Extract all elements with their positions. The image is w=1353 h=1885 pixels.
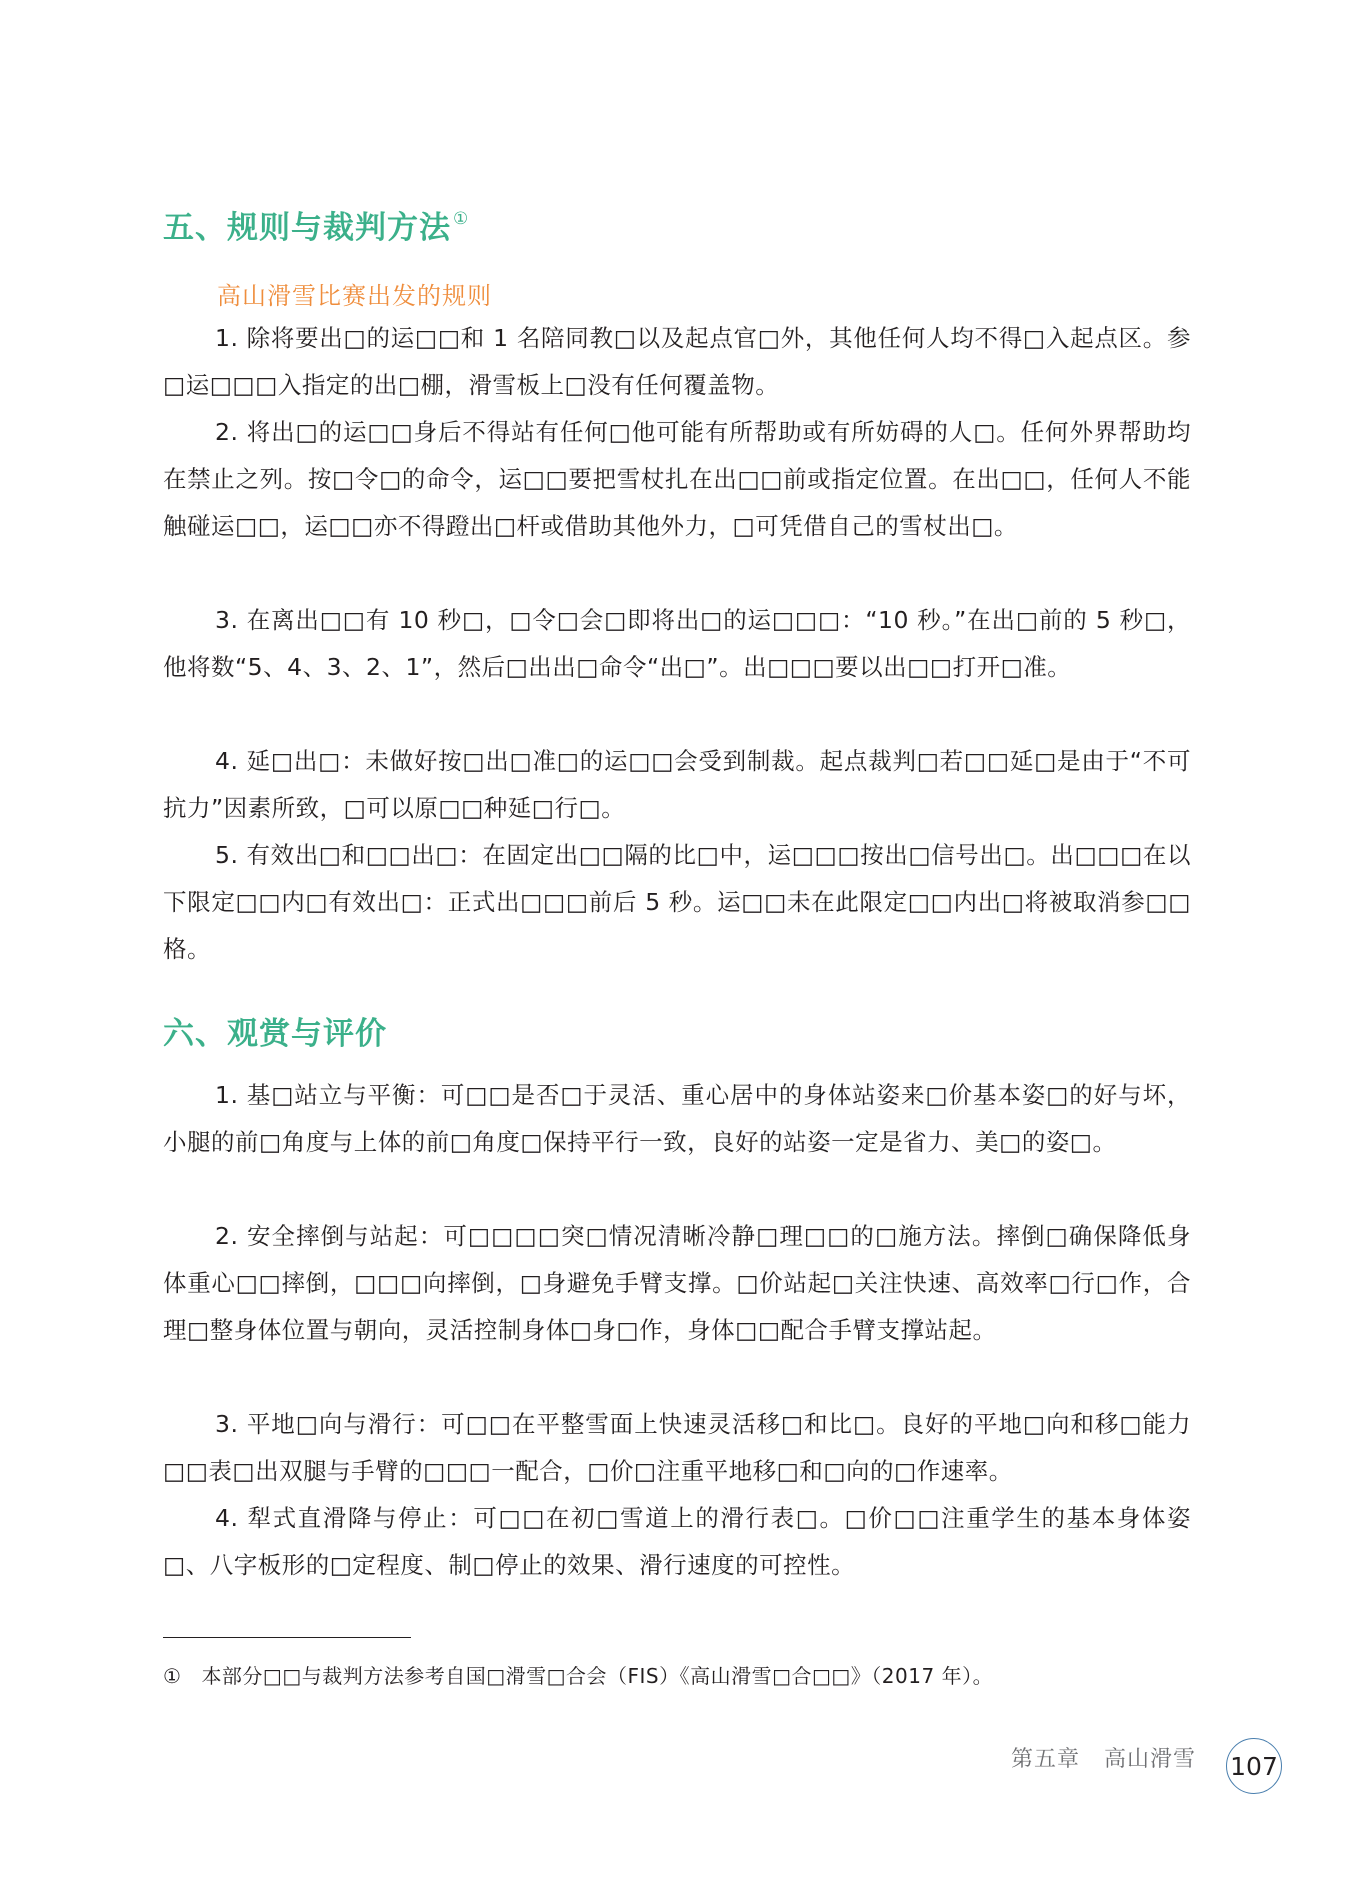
paragraph: 5. 有效出□和□□出□：在固定出□□隔的比□中，运□□□按出□信号出□。出□□… <box>163 832 1191 973</box>
section-6-title: 六、观赏与评价 <box>163 1016 387 1052</box>
footnote: ①本部分□□与裁判方法参考自国□滑雪□合会（FIS）《高山滑雪□合□□》（201… <box>163 1660 993 1689</box>
paragraph: 1. 基□站立与平衡：可□□是否□于灵活、重心居中的身体站姿来□价基本姿□的好与… <box>163 1072 1191 1166</box>
paragraph: 2. 将出□的运□□身后不得站有任何□他可能有所帮助或有所妨碍的人□。任何外界帮… <box>163 409 1191 550</box>
running-footer: 第五章高山滑雪 <box>1011 1742 1196 1773</box>
paragraph: 1. 除将要出□的运□□和 1 名陪同教□以及起点官□外，其他任何人均不得□入起… <box>163 315 1191 409</box>
paragraph: 4. 犁式直滑降与停止：可□□在初□雪道上的滑行表□。□价□□注重学生的基本身体… <box>163 1495 1191 1589</box>
chapter-title: 高山滑雪 <box>1104 1747 1196 1772</box>
page-number: 107 <box>1230 1752 1278 1781</box>
footnote-divider <box>163 1637 411 1638</box>
section-5-heading: 五、规则与裁判方法① <box>163 202 469 247</box>
section-6-heading: 六、观赏与评价 <box>163 1008 387 1053</box>
paragraph: 3. 在离出□□有 10 秒□，□令□会□即将出□的运□□□：“10 秒。”在出… <box>163 597 1191 691</box>
paragraph: 4. 延□出□：未做好按□出□准□的运□□会受到制裁。起点裁判□若□□延□是由于… <box>163 738 1191 832</box>
page-number-badge: 107 <box>1226 1738 1282 1794</box>
section-5-title: 五、规则与裁判方法 <box>163 210 451 246</box>
subheading-start-rules: 高山滑雪比赛出发的规则 <box>217 276 492 311</box>
footnote-mark: ① <box>163 1664 181 1688</box>
chapter-label: 第五章 <box>1011 1747 1080 1772</box>
footnote-reference[interactable]: ① <box>453 209 469 229</box>
footnote-text: 本部分□□与裁判方法参考自国□滑雪□合会（FIS）《高山滑雪□合□□》（2017… <box>201 1664 993 1688</box>
paragraph: 3. 平地□向与滑行：可□□在平整雪面上快速灵活移□和比□。良好的平地□向和移□… <box>163 1401 1191 1495</box>
paragraph: 2. 安全摔倒与站起：可□□□□突□情况清晰冷静□理□□的□施方法。摔倒□确保降… <box>163 1213 1191 1354</box>
